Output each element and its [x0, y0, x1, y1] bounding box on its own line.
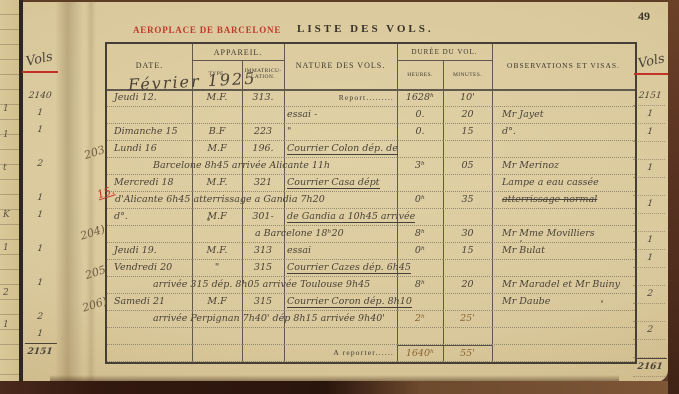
cell-obs: atterrissage normal	[492, 192, 635, 209]
cell-type: B.F	[192, 124, 242, 141]
cell-type	[192, 345, 242, 362]
header-heures: HEURES.	[397, 72, 443, 78]
cell-heures: 0.	[397, 124, 443, 141]
cell-text: d°.	[114, 211, 128, 222]
vols-count: 2	[23, 309, 57, 326]
cell-immat: 313	[242, 243, 284, 260]
cell-obs	[492, 345, 635, 362]
cell-heures: 0.	[397, 107, 443, 124]
cell-type: M.F	[192, 209, 242, 226]
cell-heures	[397, 260, 443, 277]
page-fragment: t	[3, 163, 7, 173]
cell-type: M.F.	[192, 175, 242, 192]
cell-minutes: 25'	[443, 311, 492, 328]
vols-count: 1	[633, 106, 667, 124]
cell-text: 0ʰ	[415, 194, 425, 205]
cell-date: Mercredi 18	[107, 175, 192, 192]
cell-obs: Mr Mme Movilliers	[492, 226, 635, 243]
cell-minutes	[443, 175, 492, 192]
cell-minutes	[443, 294, 492, 311]
cell-text: 15	[461, 245, 473, 256]
row-continuation: a Barcelone 18ʰ20	[255, 226, 344, 242]
vols-count: 1	[23, 326, 57, 343]
cell-text: B.F	[209, 126, 226, 137]
page-fragment: K	[3, 210, 10, 220]
vols-count	[633, 304, 667, 322]
cell-text: 15	[461, 126, 473, 137]
cell-heures	[397, 141, 443, 158]
cell-heures: 1628ʰ	[397, 90, 443, 107]
cell-text: Jeudi 19.	[114, 245, 157, 256]
cell-minutes: 05	[443, 158, 492, 175]
cell-minutes	[443, 260, 492, 277]
cell-text: 8ʰ	[415, 228, 425, 239]
table-body: Jeudi 12.M.F.313.Report.........1628ʰ10'…	[107, 90, 635, 362]
cell-text: 25'	[460, 313, 475, 324]
cell-date: Dimanche 15	[107, 124, 192, 141]
table-row: 8ʰ30Mr Mme Movilliersa Barcelone 18ʰ20	[107, 226, 635, 243]
vols-count	[23, 173, 57, 190]
vols-count: 2	[23, 156, 57, 173]
vols-count	[23, 224, 57, 241]
cell-date	[107, 345, 192, 362]
cell-obs: Mr Merinoz	[492, 158, 635, 175]
cell-type: M.F.	[192, 90, 242, 107]
cell-text: 1640ʰ	[406, 348, 434, 359]
vols-count	[633, 268, 667, 286]
cell-text: atterrissage normal	[502, 194, 597, 205]
cell-type: M.F	[192, 294, 242, 311]
gutter-fold	[86, 0, 96, 382]
table-row: Dimanche 15B.F223"0.15d°.	[107, 124, 635, 141]
cell-text: 313.	[252, 92, 273, 103]
cell-text: 8ʰ	[415, 279, 425, 290]
header-nature: NATURE DES VOLS.	[284, 61, 397, 70]
cell-text: 223	[254, 126, 272, 137]
table-row: 3ʰ05Mr MerinozBarcelone 8h45 arrivée Ali…	[107, 158, 635, 175]
vols-count: 2161	[633, 358, 667, 377]
vols-count: 1	[23, 241, 57, 258]
ink-stain	[601, 300, 603, 303]
cell-immat: 196.	[242, 141, 284, 158]
vols-count: 1	[23, 105, 57, 122]
header-appareil: APPAREIL.	[192, 48, 284, 57]
table-row: Vendredi 20"315Courrier Cazes dép. 6h45	[107, 260, 635, 277]
vols-right-underline	[634, 73, 668, 75]
cell-minutes: 10'	[443, 90, 492, 107]
cell-heures: 0ʰ	[397, 243, 443, 260]
cell-obs	[492, 328, 635, 345]
cell-text: 315	[254, 296, 272, 307]
cell-minutes: 30	[443, 226, 492, 243]
page-fragment: 1	[3, 104, 9, 114]
cell-obs: d°.	[492, 124, 635, 141]
cell-minutes: 20	[443, 107, 492, 124]
cell-minutes: 35	[443, 192, 492, 209]
cell-text: 0.	[415, 126, 424, 137]
header-divider	[397, 60, 492, 61]
row-continuation: d'Alicante 6h45 atterrissage a Gandia 7h…	[115, 192, 325, 208]
header-duree: DURÉE DU VOL.	[397, 48, 492, 56]
cell-nature: "	[284, 124, 397, 141]
cell-heures: 8ʰ	[397, 226, 443, 243]
cell-text: Mr Jayet	[502, 109, 544, 120]
cell-minutes	[443, 209, 492, 226]
cell-type: M.F.	[192, 243, 242, 260]
vols-count: 2151	[23, 343, 57, 361]
cell-date	[107, 328, 192, 345]
table-row: essai -0.20Mr Jayet	[107, 107, 635, 124]
page-fragment: 1	[3, 130, 9, 140]
cell-text: M.F.	[207, 177, 228, 188]
page-title: LISTE DES VOLS.	[297, 23, 434, 35]
cell-heures: 3ʰ	[397, 158, 443, 175]
cell-heures: 1640ʰ	[397, 345, 443, 362]
vols-count: 1	[23, 122, 57, 139]
logbook-photo: AEROPLACE DE BARCELONE LISTE DES VOLS. 4…	[0, 0, 679, 394]
cell-text: Lampe a eau cassée	[502, 177, 599, 188]
gutter-fold	[55, 0, 83, 382]
table-row: Samedi 21M.F315Courrier Coron dép. 8h10M…	[107, 294, 635, 311]
table-row	[107, 328, 635, 345]
cell-date	[107, 107, 192, 124]
cell-heures: 0ʰ	[397, 192, 443, 209]
cell-obs	[492, 209, 635, 226]
cell-date: d°.	[107, 209, 192, 226]
cell-heures	[397, 328, 443, 345]
cell-type	[192, 107, 242, 124]
cell-text: Courrier Cazes dép. 6h45	[287, 262, 411, 274]
cell-nature: Courrier Cazes dép. 6h45	[284, 260, 397, 277]
cell-text: Mr Mme Movilliers	[502, 228, 595, 239]
cell-text: Vendredi 20	[114, 262, 172, 273]
cell-obs	[492, 311, 635, 328]
table-row: Jeudi 19.M.F.313essai0ʰ15Mr Bulat	[107, 243, 635, 260]
cell-text: Report.........	[339, 93, 394, 102]
vols-left-underline	[22, 71, 58, 73]
vols-count	[23, 292, 57, 309]
table-row: d°.M.F301-de Gandia a 10h45 arrivée	[107, 209, 635, 226]
cell-text: 321	[254, 177, 272, 188]
cell-text: 20	[461, 279, 473, 290]
cell-obs: Lampe a eau cassée	[492, 175, 635, 192]
vols-count: 1	[23, 207, 57, 224]
cell-heures	[397, 175, 443, 192]
cell-type: M.F	[192, 141, 242, 158]
cell-immat: 313.	[242, 90, 284, 107]
cell-immat	[242, 328, 284, 345]
row-continuation: arrivée 315 dép. 8h05 arrivée Toulouse 9…	[153, 277, 370, 293]
cell-text: 05	[461, 160, 473, 171]
vols-count	[633, 178, 667, 196]
cell-heures: 8ʰ	[397, 277, 443, 294]
header-divider	[192, 60, 284, 61]
vols-count: 2140	[23, 88, 57, 105]
cell-minutes: 15	[443, 243, 492, 260]
vols-count: 1	[23, 190, 57, 207]
cell-date: Jeudi 19.	[107, 243, 192, 260]
cell-minutes: 15	[443, 124, 492, 141]
cell-text: M.F.	[207, 92, 228, 103]
cell-immat: 223	[242, 124, 284, 141]
cell-text: 196.	[252, 143, 273, 154]
vols-count: 1	[633, 232, 667, 250]
cell-text: 55'	[460, 348, 475, 359]
cell-text: 313	[254, 245, 272, 256]
cell-text: "	[215, 262, 219, 273]
cell-text: essai	[287, 245, 311, 256]
vols-count: 1	[633, 196, 667, 214]
cell-text: 0.	[415, 109, 424, 120]
cell-text: M.F	[207, 296, 226, 307]
cell-type	[192, 226, 242, 243]
cell-obs: Mr Jayet	[492, 107, 635, 124]
cell-nature: Courrier Colon dép. de	[284, 141, 397, 158]
cell-nature: essai -	[284, 107, 397, 124]
cell-text: Samedi 21	[114, 296, 165, 307]
cell-obs	[492, 141, 635, 158]
cell-immat: 321	[242, 175, 284, 192]
cell-text: Mr Daube	[502, 296, 550, 307]
table-row: 8ʰ20Mr Maradel et Mr Buinyarrivée 315 dé…	[107, 277, 635, 294]
vols-right-column: 2151111111222161	[634, 88, 666, 377]
header-observations: OBSERVATIONS ET VISAS.	[492, 61, 635, 70]
cell-text: M.F	[207, 143, 226, 154]
cell-minutes	[443, 141, 492, 158]
ink-stain	[520, 240, 522, 242]
operator-stamp: AEROPLACE DE BARCELONE	[133, 25, 281, 35]
cell-text: M.F.	[207, 245, 228, 256]
cell-text: 315	[254, 262, 272, 273]
page-fragment: 1	[3, 243, 9, 253]
cell-text: 301-	[252, 211, 273, 222]
cell-obs: Mr Daube	[492, 294, 635, 311]
header-date: DATE.	[107, 61, 192, 70]
vols-count: 1	[23, 275, 57, 292]
cell-obs	[492, 260, 635, 277]
cell-minutes: 55'	[443, 345, 492, 362]
cell-nature: Report.........	[284, 90, 397, 107]
cover-bottom-edge	[0, 381, 679, 394]
cell-immat: 315	[242, 260, 284, 277]
cell-nature: essai	[284, 243, 397, 260]
page-number: 49	[638, 9, 650, 24]
cell-date: Lundi 16	[107, 141, 192, 158]
vols-count: 2151	[633, 88, 667, 106]
cell-text: Courrier Colon dép. de	[287, 143, 398, 155]
table-row: A reporter......1640ʰ55'	[107, 345, 635, 362]
cell-text: Mr Maradel et Mr Buiny	[502, 279, 620, 290]
cell-text: Mr Merinoz	[502, 160, 559, 171]
cell-minutes: 20	[443, 277, 492, 294]
cell-date	[107, 226, 192, 243]
cell-text: M.F	[207, 211, 226, 222]
vols-count	[633, 142, 667, 160]
cell-nature: Courrier Casa dépt	[284, 175, 397, 192]
cell-heures: 2ʰ	[397, 311, 443, 328]
cell-type	[192, 328, 242, 345]
cell-obs	[492, 90, 635, 107]
cell-heures	[397, 294, 443, 311]
cell-heures	[397, 209, 443, 226]
vols-count	[23, 258, 57, 275]
cell-text: Lundi 16	[114, 143, 157, 154]
table-row: Jeudi 12.M.F.313.Report.........1628ʰ10'	[107, 90, 635, 107]
cell-text: 35	[461, 194, 473, 205]
row-continuation: Barcelone 8h45 arrivée Alicante 11h	[153, 158, 330, 174]
table-row: Mercredi 18M.F.321Courrier Casa déptLamp…	[107, 175, 635, 192]
cell-type: "	[192, 260, 242, 277]
vols-count: 2	[633, 286, 667, 304]
cell-text: 10'	[460, 92, 475, 103]
cell-text: 30	[461, 228, 473, 239]
cover-right-edge	[668, 0, 679, 394]
row-continuation: arrivée Perpignan 7h40' dép 8h15 arrivée…	[153, 311, 385, 327]
cell-text: 3ʰ	[415, 160, 425, 171]
cell-minutes	[443, 328, 492, 345]
cell-text: essai -	[287, 109, 317, 120]
cell-date: Vendredi 20	[107, 260, 192, 277]
cell-text: d°.	[502, 126, 516, 137]
cell-text: 1628ʰ	[406, 92, 434, 103]
cell-immat	[242, 345, 284, 362]
cell-text: A reporter......	[333, 348, 394, 357]
table-row: 0ʰ35atterrissage normald'Alicante 6h45 a…	[107, 192, 635, 209]
vols-count: 1	[633, 250, 667, 268]
table-row: 2ʰ25'arrivée Perpignan 7h40' dép 8h15 ar…	[107, 311, 635, 328]
vols-count	[23, 139, 57, 156]
cell-text: Mercredi 18	[114, 177, 174, 188]
vols-count: 2	[633, 322, 667, 340]
cell-text: 0ʰ	[415, 245, 425, 256]
cell-nature	[284, 328, 397, 345]
vols-left-column: 21401121111212151	[24, 88, 56, 361]
cell-obs: Mr Bulat	[492, 243, 635, 260]
cell-nature: de Gandia a 10h45 arrivée	[284, 209, 397, 226]
cell-text: Dimanche 15	[114, 126, 178, 137]
vols-count: 1	[633, 160, 667, 178]
vols-count: 1	[633, 124, 667, 142]
cell-text: 2ʰ	[415, 313, 425, 324]
cell-nature: A reporter......	[284, 345, 397, 362]
cell-obs: Mr Maradel et Mr Buiny	[492, 277, 635, 294]
vols-count	[633, 340, 667, 358]
cell-date: Samedi 21	[107, 294, 192, 311]
page-fragment: 1	[3, 320, 9, 330]
cell-text: Courrier Casa dépt	[287, 177, 380, 189]
page-fragment: 2	[3, 288, 9, 298]
vols-count	[633, 214, 667, 232]
cell-immat: 301-	[242, 209, 284, 226]
cell-text: "	[287, 126, 291, 137]
cell-immat	[242, 107, 284, 124]
cell-immat: 315	[242, 294, 284, 311]
cell-text: Courrier Coron dép. 8h10	[287, 296, 412, 308]
ink-stain	[207, 218, 210, 221]
cell-nature: Courrier Coron dép. 8h10	[284, 294, 397, 311]
header-minutes: MINUTES.	[443, 72, 492, 78]
cell-text: Mr Bulat	[502, 245, 545, 256]
cell-text: 20	[461, 109, 473, 120]
table-row: Lundi 16M.F196.Courrier Colon dép. de	[107, 141, 635, 158]
